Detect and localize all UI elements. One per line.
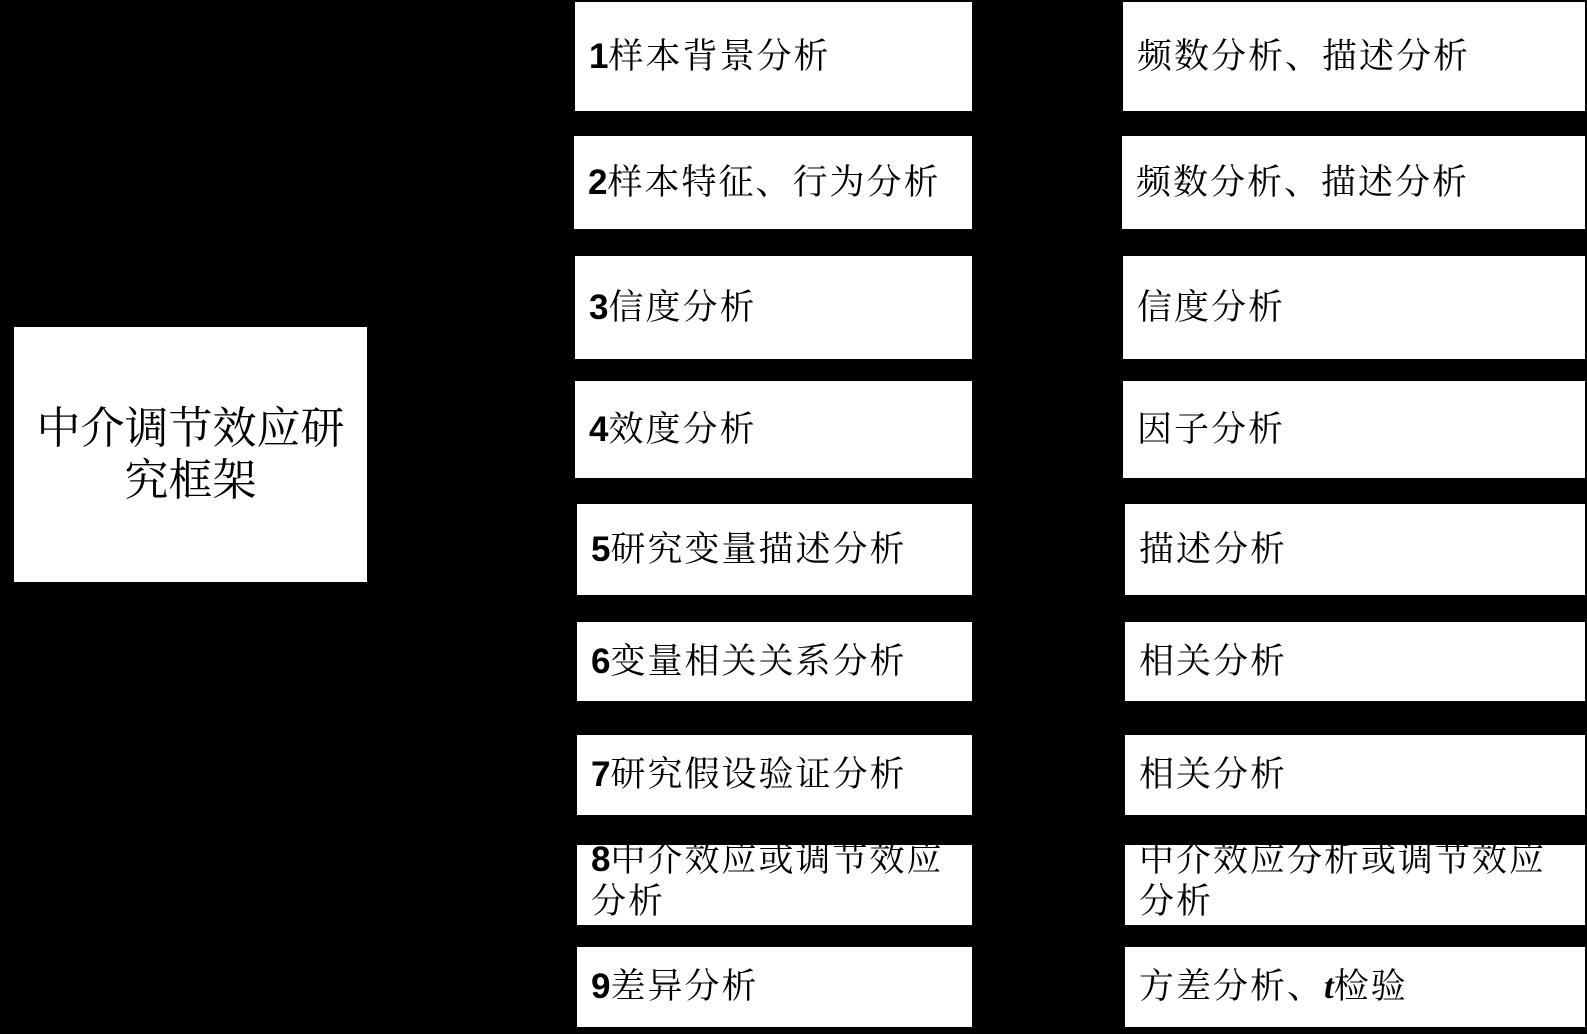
- root-label: 中介调节效应研究框架: [28, 403, 353, 507]
- method-label: 频数分析、描述分析: [1136, 163, 1469, 203]
- step-node-6: 6变量相关关系分析: [577, 622, 972, 701]
- step-number: 3: [589, 288, 608, 328]
- method-label: 频数分析、描述分析: [1137, 37, 1470, 77]
- step-node-9: 9差异分析: [577, 947, 972, 1027]
- step-node-2: 2样本特征、行为分析: [574, 136, 972, 229]
- step-label: 信度分析: [608, 288, 756, 328]
- step-node-7: 7研究假设验证分析: [577, 735, 972, 815]
- step-node-4: 4效度分析: [575, 381, 972, 478]
- step-label: 样本特征、行为分析: [607, 163, 940, 203]
- step-label: 研究变量描述分析: [610, 530, 906, 570]
- method-label: 相关分析: [1139, 642, 1287, 682]
- step-label: 样本背景分析: [608, 37, 830, 77]
- step-number: 2: [588, 163, 607, 203]
- method-label-pre: 方差分析、: [1139, 967, 1324, 1007]
- step-label: 效度分析: [608, 410, 756, 450]
- method-node-7: 相关分析: [1125, 735, 1585, 815]
- step-number: 5: [591, 530, 610, 570]
- method-label: 中介效应分析或调节效应分析: [1139, 845, 1546, 922]
- step-node-5: 5研究变量描述分析: [577, 504, 972, 595]
- step-number: 1: [589, 37, 608, 77]
- method-label: 信度分析: [1137, 288, 1285, 328]
- method-node-1: 频数分析、描述分析: [1123, 2, 1585, 111]
- step-node-3: 3信度分析: [575, 256, 972, 359]
- method-node-4: 因子分析: [1123, 381, 1585, 478]
- step-number: 8: [591, 845, 610, 879]
- method-label-post: 检验: [1334, 967, 1408, 1007]
- method-node-2: 频数分析、描述分析: [1122, 136, 1585, 229]
- method-node-8: 中介效应分析或调节效应分析: [1125, 845, 1585, 925]
- step-node-1: 1样本背景分析: [575, 2, 972, 111]
- method-label: 因子分析: [1137, 410, 1285, 450]
- method-node-3: 信度分析: [1123, 256, 1585, 359]
- step-number: 6: [591, 642, 610, 682]
- root-node: 中介调节效应研究框架: [14, 327, 367, 582]
- method-label: 描述分析: [1139, 530, 1287, 570]
- method-label: 相关分析: [1139, 755, 1287, 795]
- step-label: 研究假设验证分析: [610, 755, 906, 795]
- step-label: 中介效应或调节效应分析: [591, 845, 943, 922]
- step-label: 差异分析: [610, 967, 758, 1007]
- step-number: 4: [589, 410, 608, 450]
- method-node-9: 方差分析、t检验: [1125, 947, 1585, 1027]
- step-number: 9: [591, 967, 610, 1007]
- step-label: 变量相关关系分析: [610, 642, 906, 682]
- method-label-italic: t: [1324, 967, 1334, 1007]
- method-node-5: 描述分析: [1125, 504, 1585, 595]
- step-number: 7: [591, 755, 610, 795]
- method-node-6: 相关分析: [1125, 622, 1585, 701]
- step-node-8: 8中介效应或调节效应分析: [577, 845, 972, 925]
